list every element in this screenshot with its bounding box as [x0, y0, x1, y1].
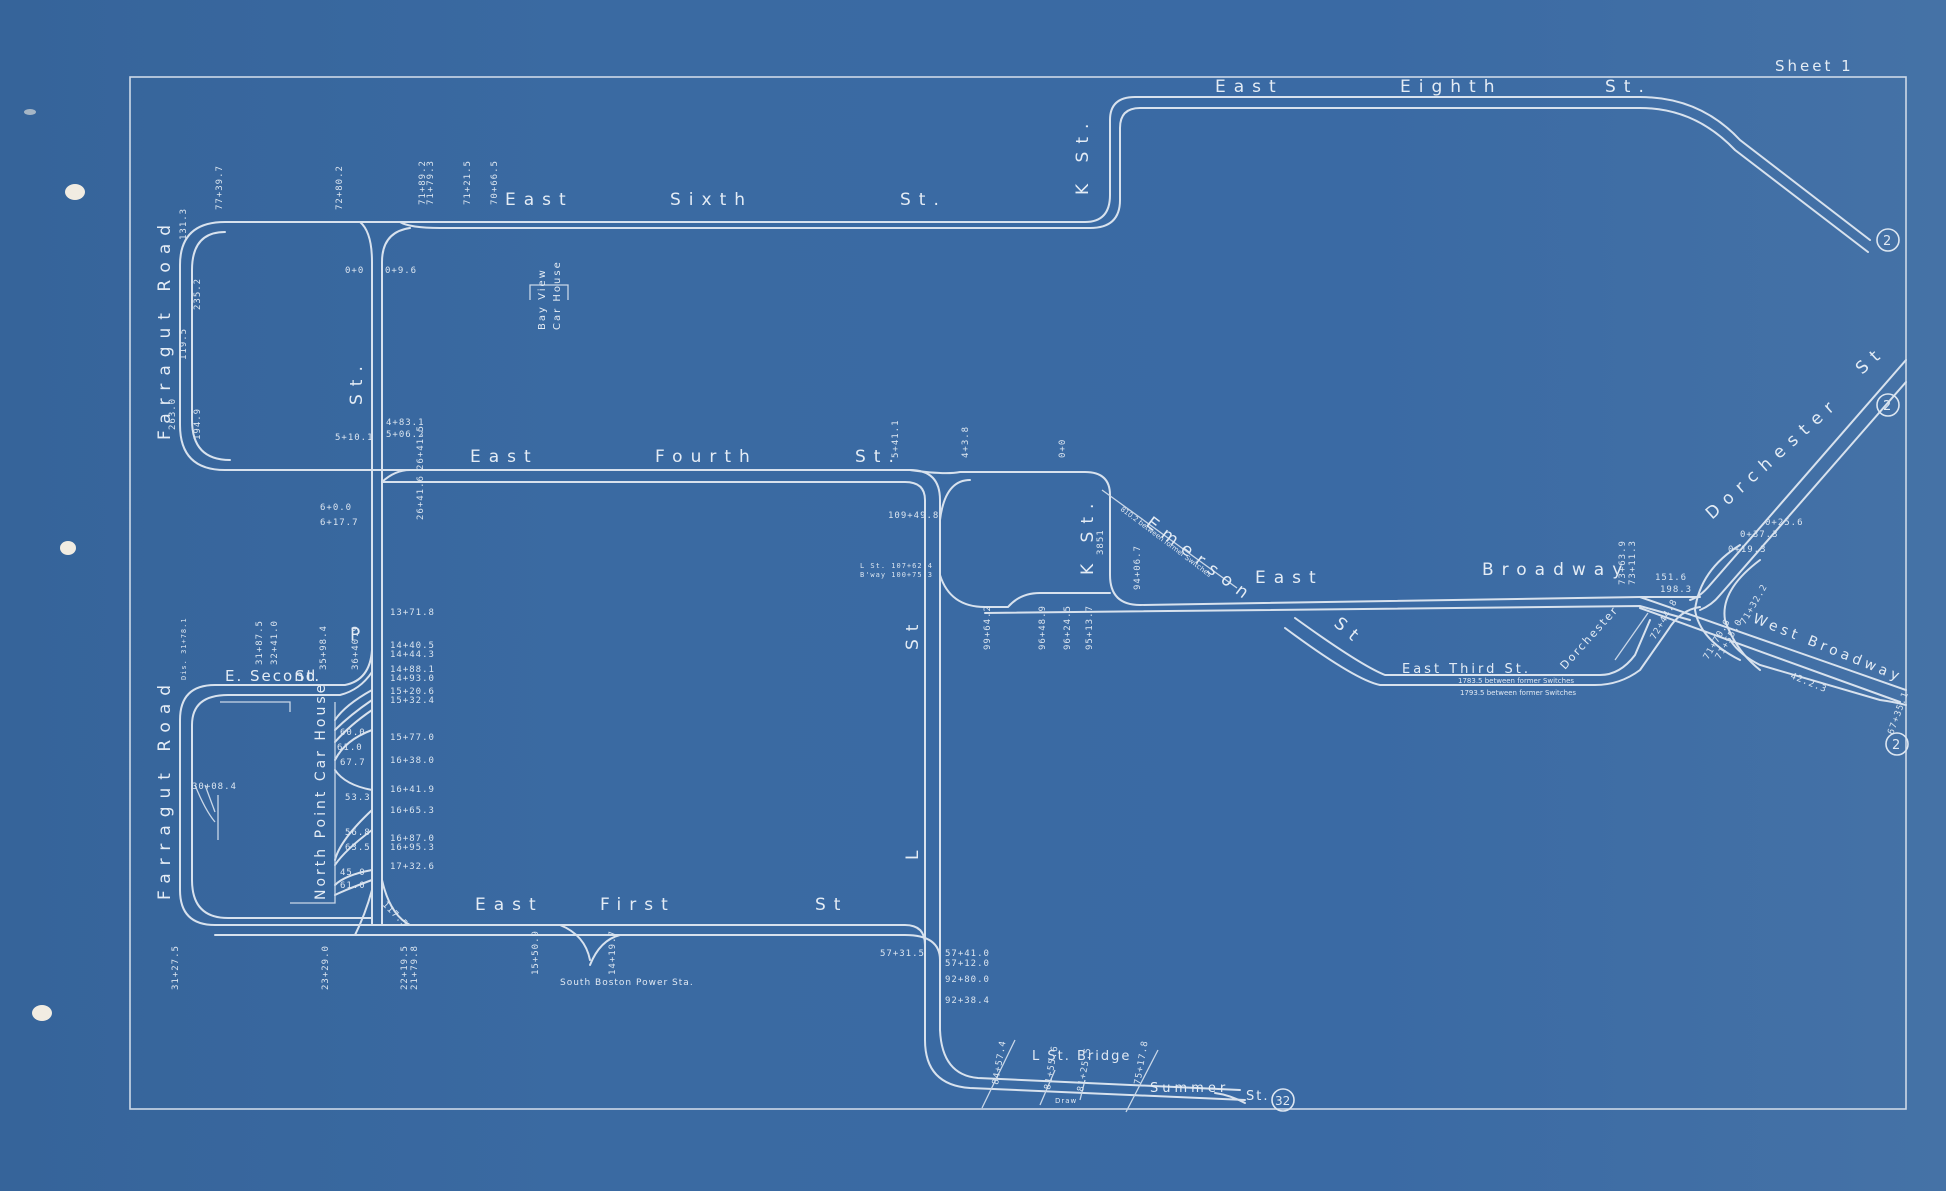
street-l-st-1: L [903, 843, 923, 860]
station-label: 36+40.9 [351, 625, 361, 670]
station-label: 92+38.4 [945, 996, 990, 1006]
street-dorchester: Dorchester [1702, 393, 1844, 524]
station-label: 119.5 [179, 328, 189, 360]
station-label: 0+25.6 [1765, 518, 1804, 528]
station-label: 57+31.5 [880, 949, 925, 959]
station-label: 3851 [1096, 529, 1106, 555]
station-label: 30+08.4 [192, 782, 237, 792]
bay-view-1: Bay View [537, 268, 548, 330]
street-st-vertical: St. [347, 358, 367, 405]
station-label: 72+80.2 [335, 165, 345, 210]
station-label: 16+95.3 [390, 843, 435, 853]
station-label: 0+9.6 [385, 266, 417, 276]
street-east-fourth-1: East [470, 447, 539, 467]
station-label: 73+11.3 [1628, 540, 1638, 585]
station-label: 96+24.5 [1063, 605, 1073, 650]
street-east-broadway-2: Broadway [1482, 560, 1630, 580]
station-label: 194.9 [193, 408, 203, 440]
street-east-eighth-2: Eighth [1400, 77, 1502, 97]
note-third-st-2: 1793.5 between former Switches [1460, 689, 1576, 697]
street-east-eighth-3: St. [1605, 77, 1652, 97]
station-label: 263.0 [168, 398, 178, 430]
street-summer: Summer [1150, 1081, 1229, 1096]
street-east-eighth-1: East [1215, 77, 1284, 97]
street-east-first-1: East [475, 895, 544, 915]
sheet-title: Sheet 1 [1775, 57, 1854, 75]
station-label: B'way 100+75.3 [860, 571, 933, 579]
street-east-fourth-2: Fourth [655, 447, 758, 467]
station-label: 0+0 [1058, 439, 1068, 458]
station-label: 96+48.9 [1038, 605, 1048, 650]
sheet-ref-west-broadway: 2 [1892, 738, 1900, 753]
station-label: 198.3 [1660, 585, 1692, 595]
station-label: Dis. 31+78.1 [180, 617, 188, 680]
street-dorchester-small: Dorchester [1558, 603, 1622, 672]
station-label: 0+19.3 [1728, 545, 1767, 555]
station-label: 0+37.3 [1740, 530, 1779, 540]
street-west-broadway: West Broadway [1751, 611, 1906, 686]
bay-view-2: Car House [552, 260, 563, 330]
blueprint-sheet: Sheet 1 East Eighth St. East Sixth St. K… [0, 0, 1946, 1191]
station-label: 32+41.0 [270, 620, 280, 665]
station-label: 95+13.7 [1085, 605, 1095, 650]
sheet-ref-summer: 32 [1275, 1094, 1290, 1108]
station-label: 5+41.1 [891, 419, 901, 458]
station-label: L St. 107+62.4 [860, 562, 933, 570]
station-label: 16+41.9 [390, 785, 435, 795]
street-k-st-lower: K St. [1078, 496, 1098, 575]
street-emerson: Emerson [1142, 513, 1258, 608]
station-label: 21+79.8 [410, 945, 420, 990]
street-k-st-upper: K St. [1073, 116, 1093, 195]
street-east-sixth-1: East [505, 190, 574, 210]
labels: Sheet 1 East Eighth St. East Sixth St. K… [155, 57, 1911, 1108]
station-label: 26+41.5 [416, 425, 426, 470]
station-label: 16+65.3 [390, 806, 435, 816]
station-label: 75+17.8 [1133, 1040, 1151, 1086]
station-label: 45.0 [340, 868, 366, 878]
station-label: 61.0 [337, 743, 363, 753]
station-label: 57+41.0 [945, 949, 990, 959]
station-label: 14+44.3 [390, 650, 435, 660]
street-l-st-2: St [903, 617, 923, 650]
station-label: 92+80.0 [945, 975, 990, 985]
station-label: 77+39.7 [215, 165, 225, 210]
station-label: 5+10.1 [335, 433, 374, 443]
station-label: 6+17.7 [320, 518, 359, 528]
north-point-car-house: North Point Car House [313, 682, 329, 900]
sheet-ref-top: 2 [1883, 234, 1891, 249]
street-east-first-3: St [815, 895, 848, 915]
station-label: 15+50.9 [531, 930, 541, 975]
station-label: 15+77.0 [390, 733, 435, 743]
station-label: 99+64.2 [983, 605, 993, 650]
station-label: 26+41.6 [416, 475, 426, 520]
station-label: 4+3.8 [961, 426, 971, 458]
station-label: 71+79.3 [426, 160, 436, 205]
station-label: 94+06.7 [1133, 545, 1143, 590]
station-label: 61.0 [340, 881, 366, 891]
station-label: 31+27.5 [171, 945, 181, 990]
street-east-first-2: First [600, 895, 676, 915]
draw-label: Draw [1055, 1097, 1077, 1105]
station-label: 16+38.0 [390, 756, 435, 766]
station-label: 13+71.8 [390, 608, 435, 618]
station-label: 42.2.3 [1789, 672, 1828, 696]
tracks [180, 97, 1906, 1103]
note-third-st-1: 1783.5 between former Switches [1458, 677, 1574, 685]
station-label: 0+0 [345, 266, 364, 276]
station-label: 14+93.0 [390, 674, 435, 684]
station-label: 109+49.8 [888, 511, 939, 521]
street-farragut-lower: Farragut Road [155, 677, 175, 900]
station-label: 63.5 [345, 843, 371, 853]
street-east-broadway-1: East [1255, 568, 1324, 588]
station-label: 71+21.5 [463, 160, 473, 205]
station-label: 131.3 [179, 208, 189, 240]
street-dorchester-suffix: St [1852, 341, 1890, 378]
street-east-sixth-3: St. [900, 190, 947, 210]
station-label: 6+0.0 [320, 503, 352, 513]
station-label: 73+63.9 [1618, 540, 1628, 585]
station-label: 235.2 [193, 278, 203, 310]
station-label: 56.8 [345, 828, 371, 838]
street-east-third: East Third St. [1402, 662, 1531, 677]
street-east-sixth-2: Sixth [670, 190, 753, 210]
station-label: 67.7 [340, 758, 366, 768]
power-station: South Boston Power Sta. [560, 978, 694, 988]
station-label: 23+29.0 [321, 945, 331, 990]
station-label: 53.3 [345, 793, 371, 803]
street-st-diag: St [1330, 614, 1368, 651]
station-label: 70+66.5 [490, 160, 500, 205]
station-label: 35+98.4 [319, 625, 329, 670]
paper-damage [24, 109, 85, 1021]
sheet-ref-dorchester: 2 [1883, 399, 1891, 414]
station-label: 57+12.0 [945, 959, 990, 969]
station-label: 14+19.7 [608, 930, 618, 975]
station-label: 67+35.1 [1886, 690, 1911, 736]
station-label: 22+19.5 [400, 945, 410, 990]
station-label: 60.0 [340, 728, 366, 738]
station-label: 15+32.4 [390, 696, 435, 706]
station-label: 151.6 [1655, 573, 1687, 583]
station-label: 17+32.6 [390, 862, 435, 872]
street-summer-suffix: St. [1246, 1089, 1269, 1104]
track-map: Sheet 1 East Eighth St. East Sixth St. K… [0, 0, 1946, 1191]
station-label: 31+87.5 [255, 620, 265, 665]
